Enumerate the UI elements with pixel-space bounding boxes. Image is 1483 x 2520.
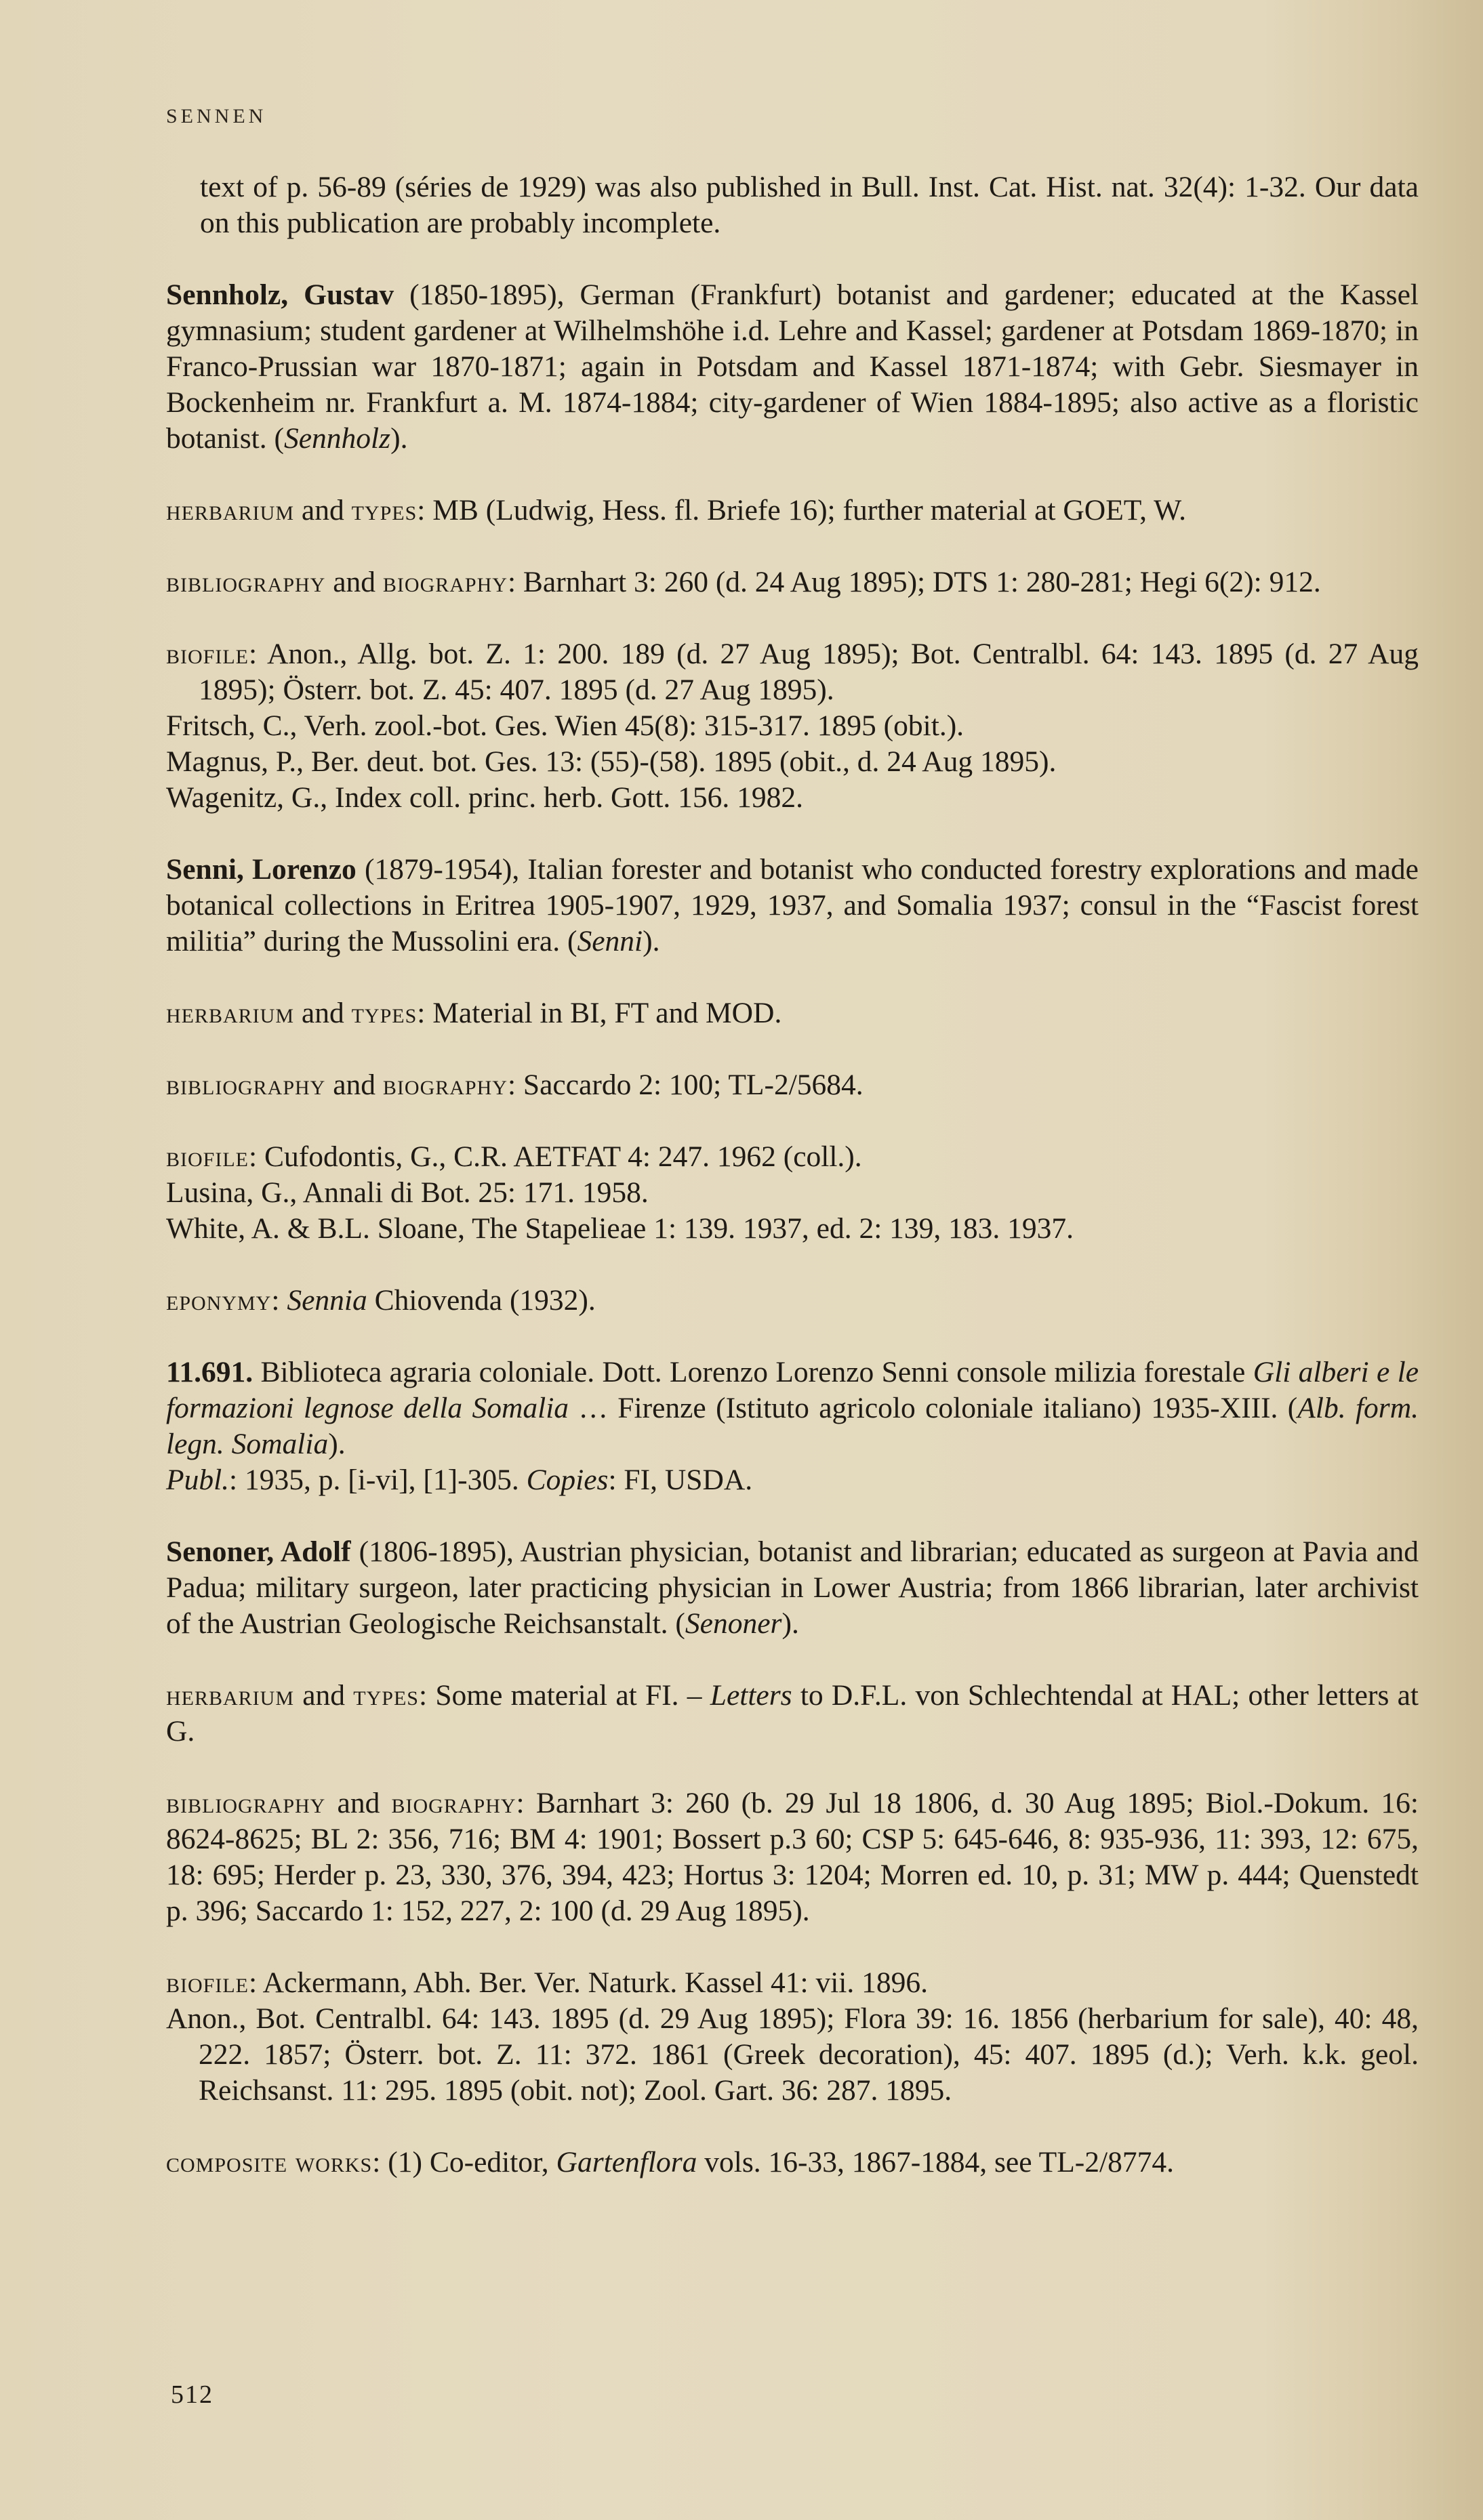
colon: : — [508, 1069, 516, 1101]
bibliography-section: bibliography and biography: Barnhart 3: … — [166, 1785, 1419, 1929]
composite-text: vols. 16-33, 1867-1884, see TL-2/8774. — [704, 2146, 1174, 2178]
biofile-section: biofile: Ackermann, Abh. Ber. Ver. Natur… — [166, 1965, 1419, 2109]
herbarium-section: herbarium and types: Material in BI, FT … — [166, 995, 1419, 1031]
section-label-and: and — [302, 1679, 345, 1712]
section-label: herbarium — [166, 1679, 294, 1712]
bibliography-section: bibliography and biography: Barnhart 3: … — [166, 564, 1419, 600]
biofile-item: Lusina, G., Annali di Bot. 25: 171. 1958… — [166, 1175, 1419, 1211]
colon: : — [417, 997, 425, 1029]
intro-continuation: text of p. 56-89 (séries de 1929) was al… — [166, 169, 1419, 241]
section-label: composite works — [166, 2146, 372, 2178]
section-label-and: and — [338, 1787, 380, 1819]
section-label-and: and — [302, 494, 344, 526]
copies-label: Copies — [527, 1464, 609, 1496]
section-label: bibliography — [166, 566, 325, 598]
section-label: types — [352, 494, 418, 526]
colon: : — [372, 2146, 380, 2178]
section-label-and: and — [333, 1069, 375, 1101]
colon: : — [419, 1679, 427, 1712]
section-label: biofile — [166, 1140, 249, 1173]
colon: : — [417, 494, 425, 526]
entry-abbrev: Sennholz — [284, 422, 390, 455]
entry-header: Senoner, Adolf (1806-1895), Austrian phy… — [166, 1534, 1419, 1642]
bibliography-section: bibliography and biography: Saccardo 2: … — [166, 1067, 1419, 1103]
publication-entry: 11.691. Biblioteca agraria coloniale. Do… — [166, 1355, 1419, 1498]
entry-name: Senoner, Adolf — [166, 1535, 351, 1568]
colon: : — [271, 1284, 279, 1317]
composite-works-section: composite works: (1) Co-editor, Gartenfl… — [166, 2145, 1419, 2181]
publication-details: Publ.: 1935, p. [i-vi], [1]-305. Copies:… — [166, 1462, 1419, 1498]
entry-senni: Senni, Lorenzo (1879-1954), Italian fore… — [166, 852, 1419, 1498]
bibliography-text: Barnhart 3: 260 (d. 24 Aug 1895); DTS 1:… — [523, 566, 1321, 598]
publication-text: Biblioteca agraria coloniale. Dott. Lore… — [261, 1356, 1246, 1388]
colon: : — [249, 1140, 257, 1173]
biofile-item: biofile: Cufodontis, G., C.R. AETFAT 4: … — [166, 1139, 1419, 1175]
publication-citation: 11.691. Biblioteca agraria coloniale. Do… — [166, 1355, 1419, 1462]
biofile-item: Fritsch, C., Verh. zool.-bot. Ges. Wien … — [166, 708, 1419, 744]
section-label: herbarium — [166, 494, 294, 526]
entry-header: Senni, Lorenzo (1879-1954), Italian fore… — [166, 852, 1419, 959]
colon: : — [508, 566, 516, 598]
eponym-genus: Sennia — [287, 1284, 367, 1317]
biofile-item: Magnus, P., Ber. deut. bot. Ges. 13: (55… — [166, 744, 1419, 780]
biofile-item: White, A. & B.L. Sloane, The Stapelieae … — [166, 1211, 1419, 1247]
entry-abbrev: Senoner — [685, 1607, 782, 1640]
entry-senoner: Senoner, Adolf (1806-1895), Austrian phy… — [166, 1534, 1419, 2181]
section-label: biography — [383, 566, 508, 598]
entry-header: Sennholz, Gustav (1850-1895), German (Fr… — [166, 277, 1419, 457]
herbarium-text: Material in BI, FT and MOD. — [432, 997, 781, 1029]
section-label-and: and — [333, 566, 375, 598]
biofile-text: Ackermann, Abh. Ber. Ver. Naturk. Kassel… — [263, 1966, 928, 1999]
section-label: biography — [383, 1069, 508, 1101]
eponymy-section: eponymy: Sennia Chiovenda (1932). — [166, 1283, 1419, 1319]
entry-abbrev: Senni — [577, 925, 643, 957]
herbarium-section: herbarium and types: MB (Ludwig, Hess. f… — [166, 493, 1419, 529]
publ-label: Publ. — [166, 1464, 229, 1496]
running-head: SENNEN — [166, 105, 266, 128]
herbarium-section: herbarium and types: Some material at FI… — [166, 1678, 1419, 1750]
composite-title: Gartenflora — [556, 2146, 697, 2178]
biofile-item: Wagenitz, G., Index coll. princ. herb. G… — [166, 780, 1419, 816]
biofile-item: biofile: Anon., Allg. bot. Z. 1: 200. 18… — [166, 636, 1419, 708]
colon: : — [516, 1787, 525, 1819]
entry-name: Senni, Lorenzo — [166, 853, 357, 886]
entry-name: Sennholz, Gustav — [166, 278, 394, 311]
publ-text: : 1935, p. [i-vi], [1]-305. — [229, 1464, 519, 1496]
entry-sennholz: Sennholz, Gustav (1850-1895), German (Fr… — [166, 277, 1419, 816]
colon: : — [249, 638, 257, 670]
biofile-item: Anon., Bot. Centralbl. 64: 143. 1895 (d.… — [166, 2001, 1419, 2109]
herbarium-letters: Letters — [710, 1679, 792, 1712]
section-label: herbarium — [166, 997, 294, 1029]
section-label: bibliography — [166, 1069, 325, 1101]
page-number: 512 — [171, 2380, 214, 2410]
herbarium-text: MB (Ludwig, Hess. fl. Briefe 16); furthe… — [432, 494, 1186, 526]
biofile-section: biofile: Anon., Allg. bot. Z. 1: 200. 18… — [166, 636, 1419, 816]
copies-text: : FI, USDA. — [608, 1464, 752, 1496]
bibliography-text: Saccardo 2: 100; TL-2/5684. — [523, 1069, 864, 1101]
entry-bio: (1806-1895), Austrian physician, botanis… — [166, 1535, 1419, 1640]
section-label: types — [353, 1679, 419, 1712]
composite-text: (1) Co-editor, — [388, 2146, 548, 2178]
biofile-text: Cufodontis, G., C.R. AETFAT 4: 247. 1962… — [264, 1140, 862, 1173]
section-label: types — [352, 997, 418, 1029]
section-label: biography — [392, 1787, 516, 1819]
section-label: eponymy — [166, 1284, 271, 1317]
biofile-section: biofile: Cufodontis, G., C.R. AETFAT 4: … — [166, 1139, 1419, 1247]
page-body: text of p. 56-89 (séries de 1929) was al… — [166, 169, 1419, 2181]
biofile-item: biofile: Ackermann, Abh. Ber. Ver. Natur… — [166, 1965, 1419, 2001]
section-label: biofile — [166, 638, 249, 670]
biofile-text: Anon., Allg. bot. Z. 1: 200. 189 (d. 27 … — [199, 638, 1419, 706]
publication-text: … Firenze (Istituto agricolo coloniale i… — [578, 1392, 1278, 1424]
section-label: biofile — [166, 1966, 249, 1999]
section-label-and: and — [302, 997, 344, 1029]
eponym-text: Chiovenda (1932). — [375, 1284, 596, 1317]
colon: : — [249, 1966, 257, 1999]
section-label: bibliography — [166, 1787, 325, 1819]
herbarium-text: Some material at FI. – — [435, 1679, 702, 1712]
publication-number: 11.691. — [166, 1356, 253, 1388]
